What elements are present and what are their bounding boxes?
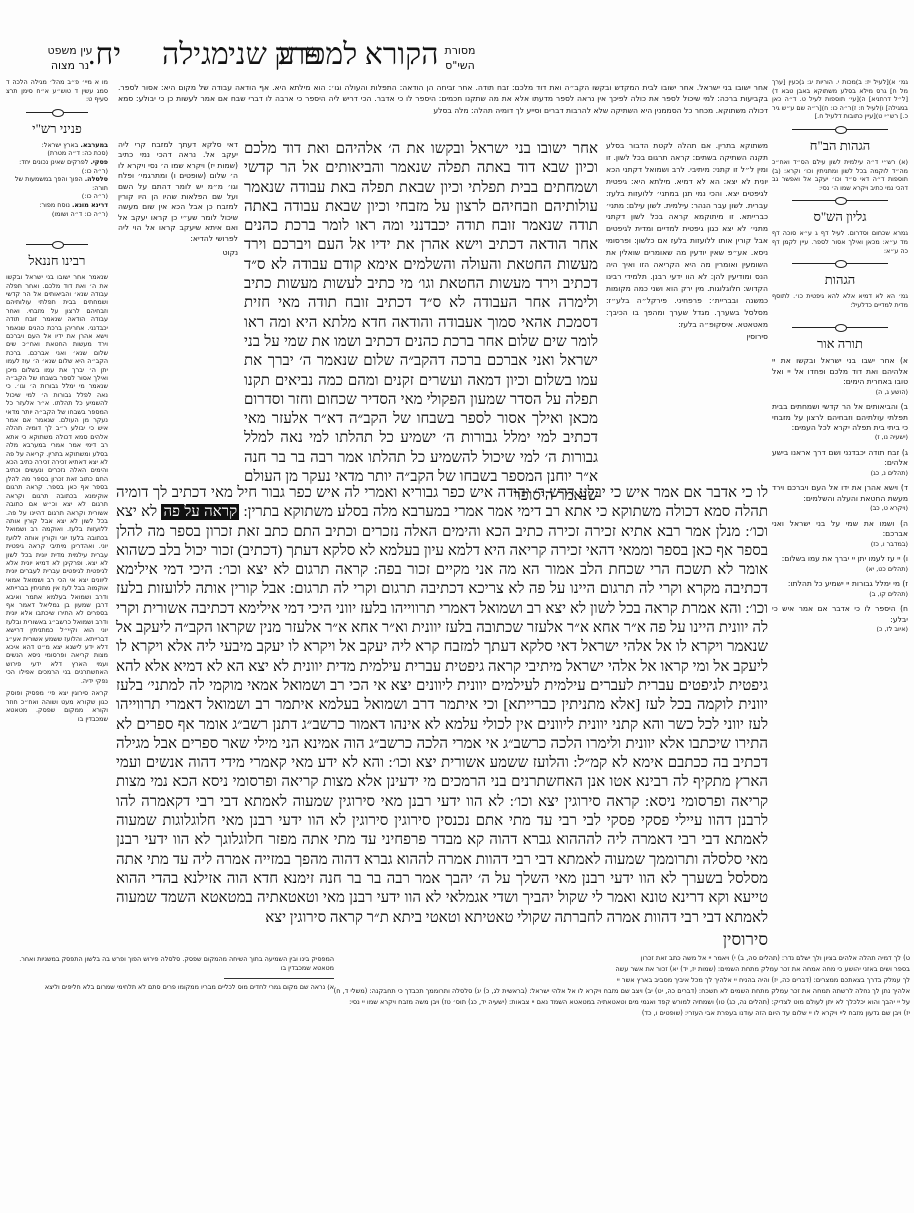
entry-head: במערבא. [80,141,108,149]
ornament-divider [792,327,888,328]
rashi-trailer: סירוסין [606,331,768,343]
penine-rashi-entry: במערבא. בארץ ישראל: (סכת כה: ד״ה מטרת) [6,141,108,158]
verse-text: ה) ושמו את שמי על בני ישראל ואני אברכם: [772,519,908,538]
tosafot-column: דאי סלקא דעתך למזבח קרי ליה יעקב אל. נרא… [118,140,238,258]
ornament-divider [26,112,88,113]
hagahot-text: גמ׳ הא לא דמיא אלא להא גיפטית כו׳. לתוסף… [772,292,908,309]
right-margin-column: גמ׳ א)[לעיל יז: ב)מכות י. הוריות יג: ג)כ… [772,78,908,640]
penine-rashi-entry: פסקי. לפרקים שאינן נכונים יחד: (ר״ה כו:) [6,158,108,175]
entry-ref: (סכת כה: ד״ה מטרת) [6,149,108,158]
footnote-line: המפסיק בינו ובין השמיעה בתוך השיחה מהמקו… [4,955,334,972]
rabbenu-chananel-title: רבינו חננאל [6,253,108,269]
ein-mishpat-text: מו א מיי׳ פ״ב מהל׳ מגילה הלכה ד סמג עשין… [6,78,108,104]
ornament-divider [792,129,888,130]
torah-or-entry: ו) יי עז לעמו יתן יי יברך את עמו בשלום:(… [772,554,908,573]
hagahot-title: הגהות [772,272,908,288]
masoret-hashas-text: גמ׳ א)[לעיל יז: ב)מכות י. הוריות יג: ג)כ… [772,78,908,121]
torah-or-entry: ד) וישא אהרן את ידו אל העם ויברכם וירד מ… [772,483,908,512]
verse-ref: (הושע ג, ה) [772,388,908,397]
masoret-title: מסורת [430,43,490,58]
torah-or-entry: ח) היספר לו כי אדבר אם אמר איש כי יבלע:(… [772,604,908,633]
entry-body: נוסח מפור: [39,201,70,209]
ornament-divider [26,244,88,245]
verse-text: ב) והביאותים אל הר קדשי ושמחתים בבית תפל… [772,402,908,432]
tosafot-trailer: נקוט [118,248,238,258]
verse-ref: (ישעיה נו, ז) [772,433,908,442]
entry-head: פסקי. [90,158,108,166]
penine-rashi-entry: דרינא מונא. נוסח מפור: (ר״ה כו: ד״ה ושומ… [6,201,108,218]
verse-text: ג) זבח תודה יכבדנני ושם דרך אראנו בישע א… [772,448,908,467]
ornament-divider [792,263,888,264]
verse-line: יז) ויבן שם גדעון מזבח ליי ויקרא לו יי ש… [115,1008,910,1019]
ornament-divider [792,200,888,201]
torah-or-entry: ה) ושמו את שמי על בני ישראל ואני אברכם:(… [772,519,908,548]
entry-ref: (ר״ה כו: ד״ה ושומו) [6,210,108,219]
verse-text: ז) מי ימלל גבורות יי ישמיע כל תהלתו: [788,579,908,588]
torah-or-entry: ב) והביאותים אל הר קדשי ושמחתים בבית תפל… [772,402,908,442]
gemara-upper: אחר ישובו בני ישראל ובקשו את ה׳ אלהיהם ו… [244,140,598,507]
footnote-line: א) נראה שם מקום גמרי לחדים מוס לכליים מב… [4,983,334,992]
entry-head: סלסלה. [85,175,108,183]
footnotes: המפסיק בינו ובין השמיעה בתוך השיחה מהמקו… [4,955,334,992]
entry-head: דרינא מונא. [72,201,108,209]
verse-ref: (איוב לז, כ) [772,625,908,634]
entry-ref: (ר״ה כו:) [6,192,108,201]
tosafot-text: דאי סלקא דעתך למזבח קרי ליה יעקב אל. נרא… [118,140,238,243]
verse-text: ד) וישא אהרן את ידו אל העם ויברכם וירד מ… [772,483,908,502]
rashi-top-block: אחר ישובו בני ישראל. אחר ישובו לבית המקד… [118,82,768,116]
verse-ref: (תהלים כט, יא) [772,565,908,574]
hagahot-habach-text: (א) רש״י ד״ה עילמית לשון עילם הס״ד ואח״כ… [772,158,908,192]
entry-body: בארץ ישראל: [42,141,79,149]
hashas-title: השי"ס [430,58,490,73]
hagahot-habach-title: הגהות הב"ח [772,138,908,154]
mishnah-highlight[interactable]: קראה על פה [161,504,239,520]
verse-text: א) אחר ישבו בני ישראל ובקשו את יי אלהיהם… [772,356,908,386]
torah-or-entry: ג) זבח תודה יכבדנני ושם דרך אראנו בישע א… [772,448,908,477]
verse-ref: (תהלים קו, ב) [772,590,908,599]
verse-ref: (במדבר ו, כז) [772,540,908,549]
verse-line: על יי יהבך והוא יכלכלך לא יתן לעולם מוט … [115,997,910,1008]
gemara-full-width: לו כי אדבר אם אמר איש כי יבלע דרש ר׳ יהו… [116,484,768,949]
penine-rashi-entry: סלסלה. הפוך והפך במשמעות של תורה: (ר״ה כ… [6,175,108,201]
chapter-name: הקורא למפרע [278,38,438,72]
entry-ref: (ר״ה כו:) [6,167,108,176]
gilyon-hashas-text: גמרא שכחום וסדרום. לעיל דף ג ע״א סוכה דף… [772,229,908,255]
torah-or-entry: א) אחר ישבו בני ישראל ובקשו את יי אלהיהם… [772,356,908,396]
verse-ref: (ויקרא ט, כב) [772,504,908,513]
footnote-rule [224,978,334,979]
tractate-name: מגילה [162,38,229,72]
verse-text: ו) יי עז לעמו יתן יי יברך את עמו בשלום: [782,554,908,563]
entry-body: לפרקים שאינן נכונים יחד: [19,158,88,166]
gemara-continuation: לא יצא וכו׳: מנלן אמר רבא אתיא זכירה זכי… [116,504,768,925]
torah-or-entry: ז) מי ימלל גבורות יי ישמיע כל תהלתו:(תהל… [772,579,908,598]
verse-text: ח) היספר לו כי אדבר אם אמר איש כי יבלע: [772,604,908,623]
torah-or-title: תורה אור [772,336,908,352]
rabbenu-chananel-text: שנאמר אחר ישובו בני ישראל ובקשו את ה׳ וא… [6,273,108,685]
page-number: יח. [88,38,121,72]
gemara-final-word: סירוסין [116,930,768,949]
left-margin-column: מו א מיי׳ פ״ב מהל׳ מגילה הלכה ד סמג עשין… [6,78,108,723]
penine-rashi-title: פניני רש"י [6,121,108,137]
masoret-hashas-label: מסורת השי"ס [430,43,490,73]
rashi-column: משתוקא בתרין. אם תהלה לקטת הדבור בסלע תק… [606,140,768,342]
verse-ref: (תהלים נ, כג) [772,469,908,478]
rabbenu-chananel-tail: קראה סירוגין יצא פי׳ מפסיק ופוסק כגון שק… [6,689,108,723]
gilyon-hashas-title: גליון הש"ס [772,209,908,225]
rashi-text: משתוקא בתרין. אם תהלה לקטת הדבור בסלע תק… [606,141,768,329]
